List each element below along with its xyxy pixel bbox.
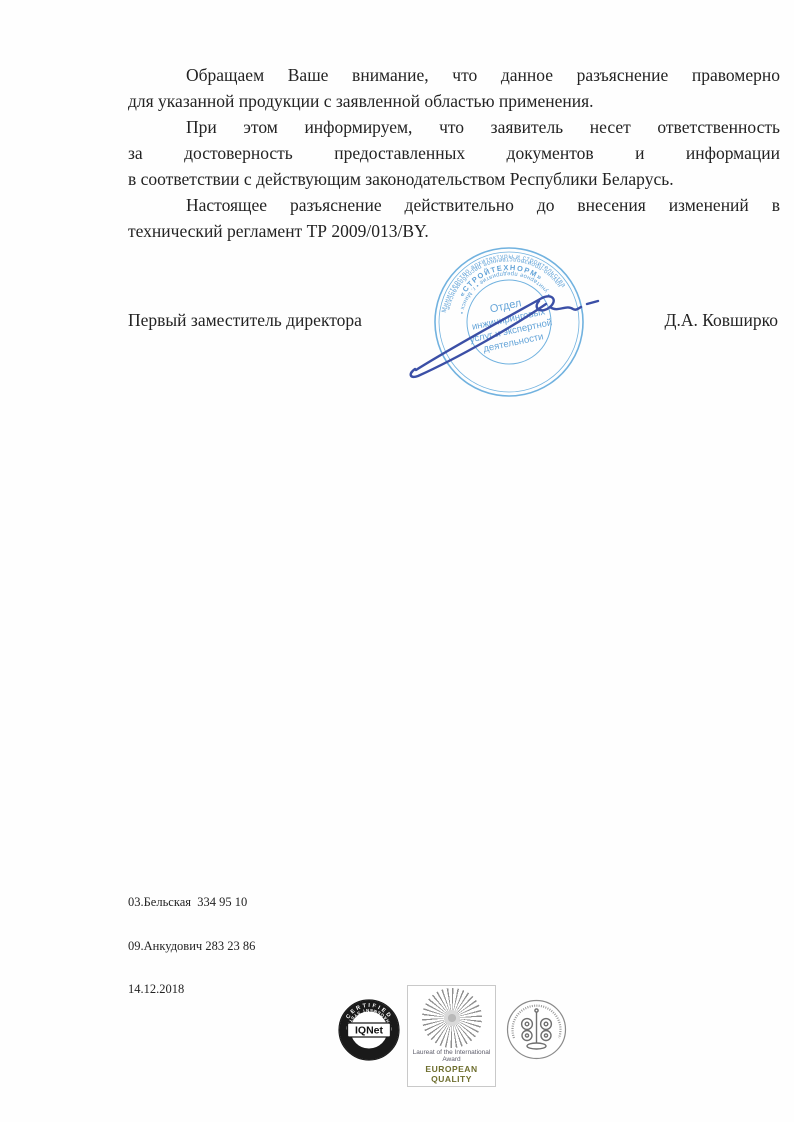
paragraph-line: Обращаем Ваше внимание, что данное разъя… (128, 62, 780, 88)
signatory-name: Д.А. Ковширко (665, 310, 778, 331)
signature-strokes (411, 296, 598, 377)
paragraph-line: для указанной продукции с заявленной обл… (128, 88, 780, 114)
paragraph-line: Настоящее разъяснение действительно до в… (128, 192, 780, 218)
signatory-title: Первый заместитель директора (128, 310, 362, 331)
executor-block: 03.Бельская 334 95 10 09.Анкудович 283 2… (128, 866, 255, 1026)
certification-emblem-logo (505, 998, 568, 1061)
iqnet-logo: CERTIFIED MANAGEMENT SYSTEM IQNet (338, 999, 400, 1061)
award-caption: Laureat of the International Award (408, 1049, 495, 1063)
paragraph-line: При этом информируем, что заявитель несе… (128, 114, 780, 140)
letter-body: Обращаем Ваше внимание, что данное разъя… (128, 62, 780, 244)
document-date: 14.12.2018 (128, 982, 255, 997)
iqnet-wordmark: IQNet (355, 1025, 384, 1037)
handwritten-signature (396, 276, 601, 386)
paragraph-line: в соответствии с действующим законодател… (128, 166, 780, 192)
scanned-letter-page: Обращаем Ваше внимание, что данное разъя… (0, 0, 794, 1122)
executor-line: 09.Анкудович 283 23 86 (128, 939, 255, 954)
executor-line: 03.Бельская 334 95 10 (128, 895, 255, 910)
paragraph-line: за достоверность предоставленных докумен… (128, 140, 780, 166)
award-title: EUROPEAN QUALITY (408, 1064, 495, 1084)
sunburst-medal-icon (422, 988, 482, 1048)
paragraph-line: технический регламент ТР 2009/013/BY. (128, 218, 780, 244)
european-quality-award-logo: Laureat of the International Award EUROP… (407, 985, 496, 1087)
